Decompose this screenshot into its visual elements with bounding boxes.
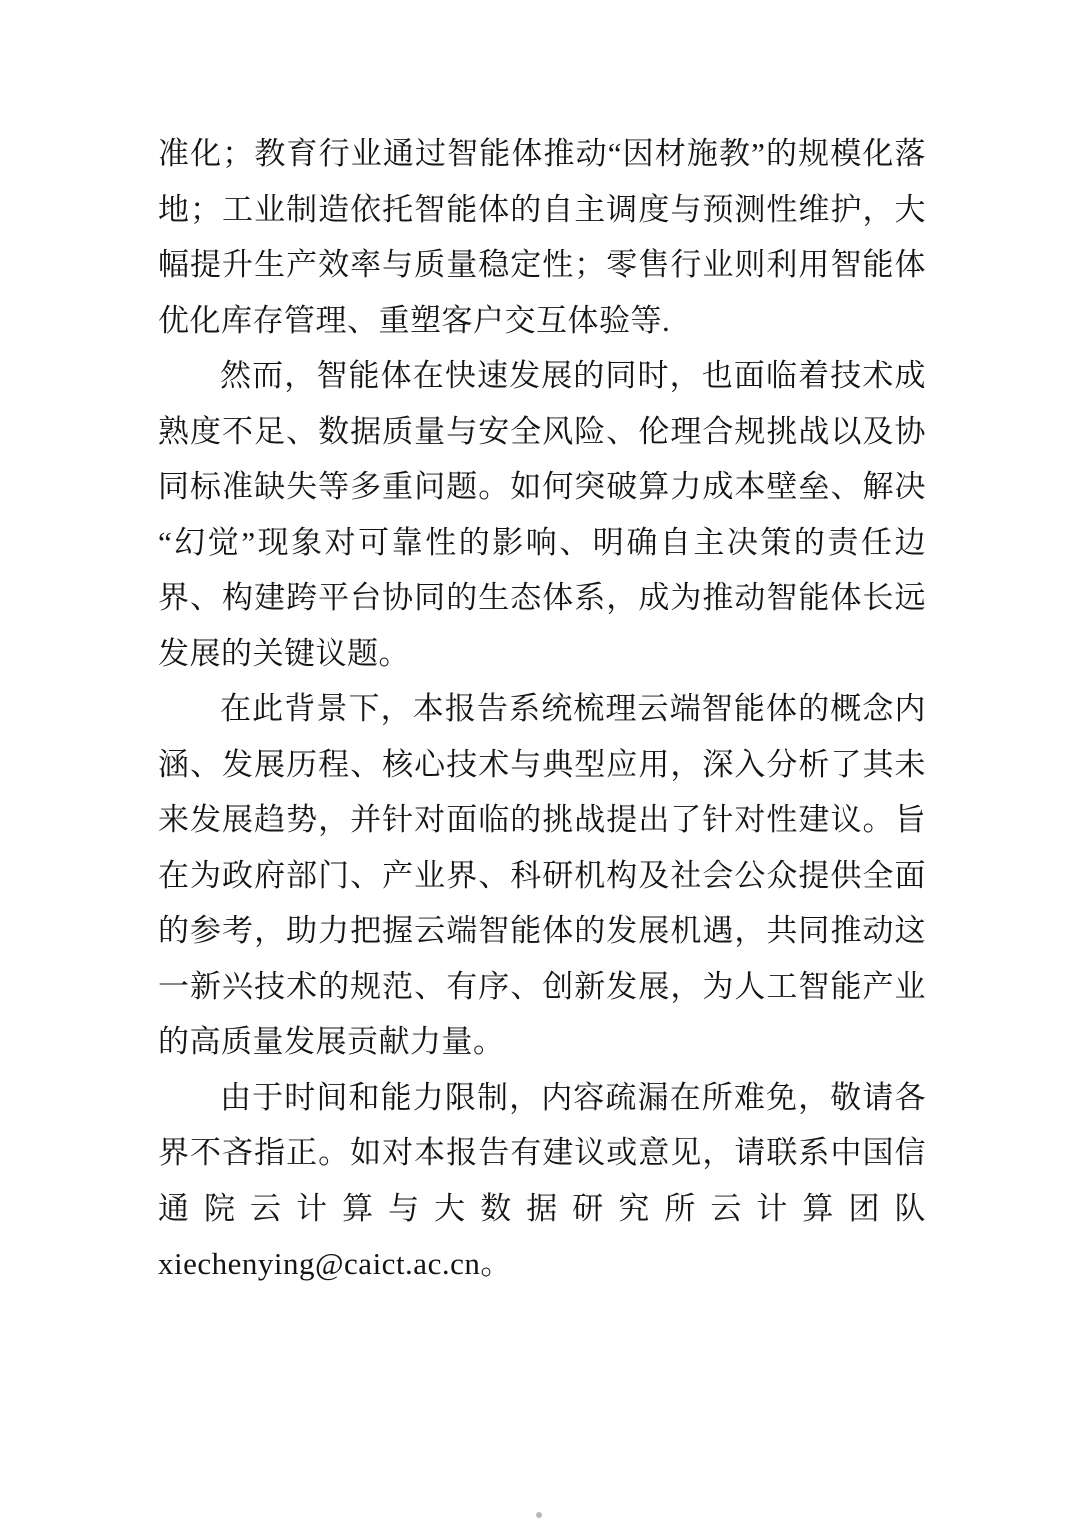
paragraph-contact: 由于时间和能力限制，内容疏漏在所难免，敬请各界不吝指正。如对本报告有建议或意见，…: [158, 1070, 926, 1292]
paragraph-challenges: 然而，智能体在快速发展的同时，也面临着技术成熟度不足、数据质量与安全风险、伦理合…: [158, 348, 926, 681]
text-block: 准化；教育行业通过智能体推动“因材施教”的规模化落地；工业制造依托智能体的自主调…: [158, 126, 926, 1292]
paragraph-industry-applications: 准化；教育行业通过智能体推动“因材施教”的规模化落地；工业制造依托智能体的自主调…: [158, 126, 926, 348]
page-footer-dot: [536, 1512, 542, 1518]
paragraph-report-overview: 在此背景下，本报告系统梳理云端智能体的概念内涵、发展历程、核心技术与典型应用，深…: [158, 681, 926, 1070]
document-page: 准化；教育行业通过智能体推动“因材施教”的规模化落地；工业制造依托智能体的自主调…: [0, 0, 1080, 1527]
